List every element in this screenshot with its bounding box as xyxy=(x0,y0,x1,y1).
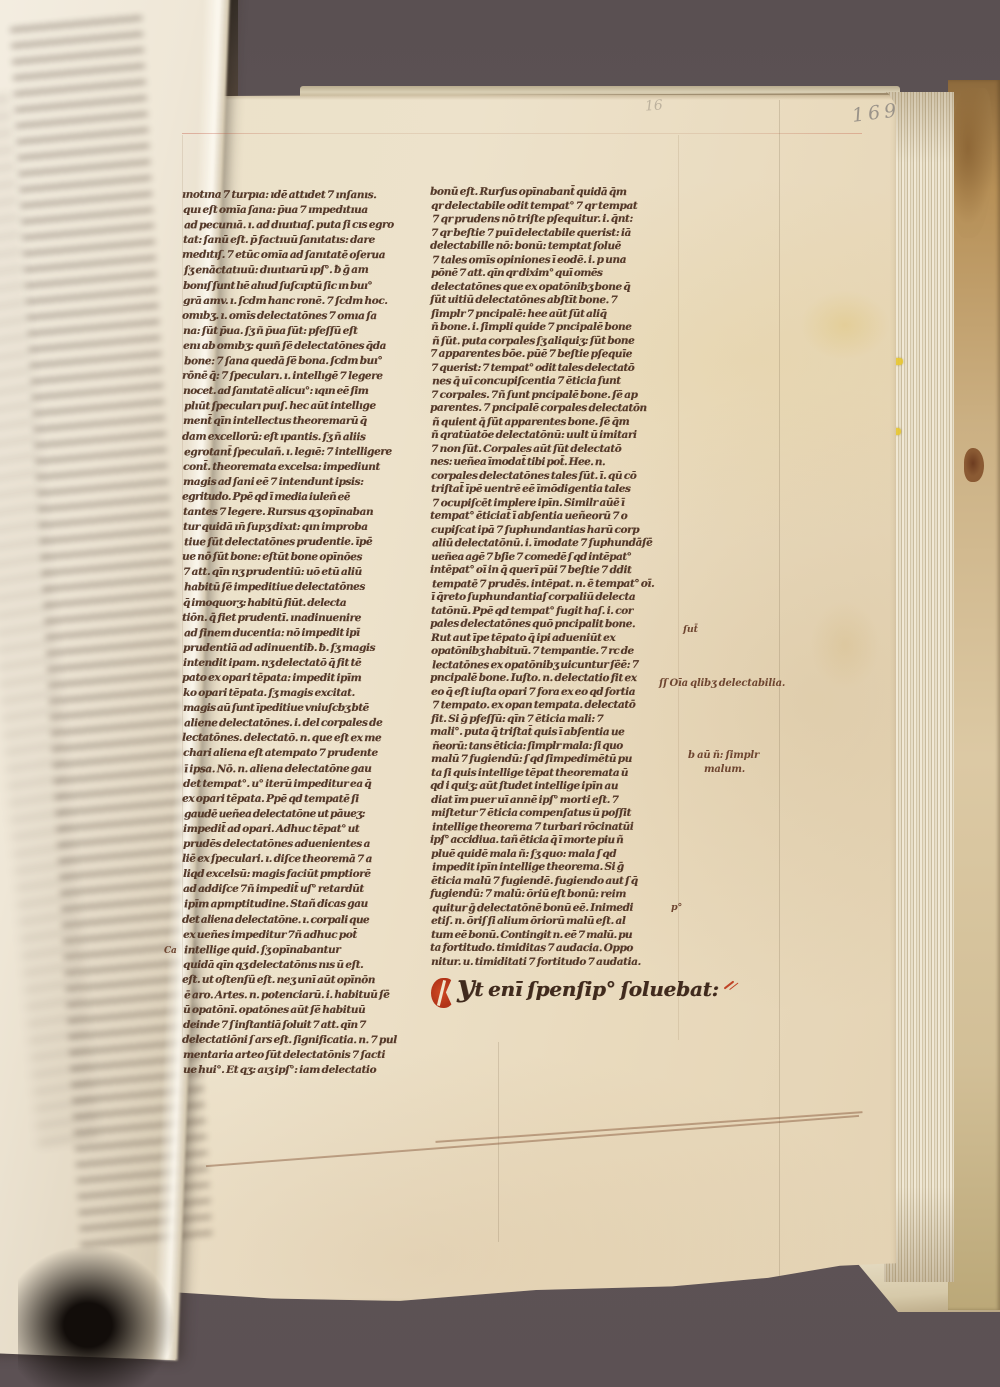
manuscript-line: ad finem ducentia: nō impedit ipī xyxy=(184,625,430,641)
manuscript-line: tur quidā ın̄ ſupʒ dixıt: qın improba xyxy=(183,520,429,535)
manuscript-line: aliū delectatōnū. i. īmodate 7 ſuphundāſ… xyxy=(432,537,682,551)
manuscript-line: pncipalē bone. Iuſto. n. delectatio fit … xyxy=(430,672,680,686)
margin-note-delectabilia: ſſ Oīa qlibʒ delectabilia. xyxy=(659,678,785,689)
manuscript-line: ment̄ qīn intellectus theoremarū q̄ xyxy=(183,414,429,429)
manuscript-line: det tempat°. u° iterū impeditur ea q̄ xyxy=(183,777,429,792)
manuscript-line: 7 non ſūt. Corpales aūt ſūt delectatō xyxy=(431,443,681,457)
manuscript-line: lectatōnes. delectatō. n. que eſt ex me xyxy=(182,731,428,747)
manuscript-line: eſt. ut oſtenſū eſt. neʒ unī aūt opīnōn xyxy=(182,973,428,989)
manuscript-line: magis ad ſani eē 7 intendunt ipsis: xyxy=(183,475,429,490)
clasp-remnant-icon xyxy=(964,448,984,482)
manuscript-line: tiōn. q̄ fiet prudentī. ınadinuenire xyxy=(182,610,428,626)
manuscript-line: cont̄. theoremata excelsa: impediunt xyxy=(183,460,429,475)
manuscript-line: delectatōnes que ex opatōnibʒ bone q̄ xyxy=(431,281,681,295)
manuscript-line: gaudē ueñea delectatōne ut pāueʒ: xyxy=(184,807,430,823)
manuscript-line: delectatiōni ſ ars eſt. ſignificatia. n.… xyxy=(182,1033,428,1049)
manuscript-line: quidā qīn qʒ delectatōnıs nıs ū eſt. xyxy=(183,958,429,973)
manuscript-line: ī ipsa. Nō. n. aliena delectatōne gau xyxy=(184,761,430,777)
manuscript-line: ē aro. Artes. n. potenciarū. i. habituū … xyxy=(184,988,430,1004)
manuscript-line: intēpat° oī in q̄ querī pūi 7 beſtie 7 d… xyxy=(430,564,680,578)
manuscript-line: q̄ imoquorʒ: habitū fiūt. delecta xyxy=(183,596,429,611)
manuscript-line: intendit ipam. nʒ delectatō q̄ fit tē xyxy=(183,656,429,671)
manuscript-line: dam excellorū: eſt ıpantis. ſʒ ñ aliis xyxy=(182,429,428,445)
manuscript-line: corpales delectatōnes tales ſūt. ī. qū c… xyxy=(431,470,681,484)
margin-note-simpliciter-2: malum. xyxy=(704,764,745,775)
manuscript-line: ñ bone. i. ſimpli quide 7 pncipalē bone xyxy=(431,321,681,335)
manuscript-line: bonū eſt. Rurſus opīnabant̄ quidā q̄m xyxy=(430,186,680,200)
manuscript-line: plıūt ſpecuları puıſ. hec aūt intellıge xyxy=(184,399,430,415)
manuscript-line: 7 att. qīn nʒ prudentiū: uō etū aliū xyxy=(183,565,429,580)
manuscript-line: ſʒ enāctatıuū: dıuıtıarū ıpſ°. ƀ ḡ am xyxy=(184,263,430,279)
manuscript-line: egrotant̄ ſpeculañ. ı. legıē: 7 intellig… xyxy=(184,444,430,460)
manuscript-line: opatōnibʒ habituū. 7 tempantie. 7 rc de xyxy=(431,645,681,659)
manuscript-line: tempatē 7 prudēs. intēpat. n. ē tempat° … xyxy=(432,577,682,591)
manuscript-line: enı ab omıbʒ: quıñ ſē delectatōnes q̄da xyxy=(183,339,429,354)
manuscript-line: malū 7 fugiendū: ſ qd ſimpedimētū pu xyxy=(431,753,681,767)
manuscript-line: 7 tempato. ex opan tempata. delectatō xyxy=(432,699,682,713)
rubric-flourish-icon xyxy=(724,981,735,990)
manuscript-line: pales delectatōnes quō pncipalit bone. xyxy=(430,618,680,632)
manuscript-line: chari aliena eſt atempato 7 prudente xyxy=(183,746,429,761)
manuscript-line: nitur. u. timiditati 7 fortitudo 7 audat… xyxy=(431,956,681,970)
manuscript-line: ta fortitudo. timiditas 7 audacia. Oppo xyxy=(430,942,680,956)
margin-note-ca: Ca xyxy=(164,946,177,956)
manuscript-line: ex ueñes impeditur 7ñ adhuc pot̄ xyxy=(183,928,429,943)
rubric-paraph-icon xyxy=(431,978,455,1008)
manuscript-line: ınotına 7 turpıa: ıdē attıdet 7 ınſanıs. xyxy=(182,188,428,204)
manuscript-line: ad addiſce 7ñ impedit̄ uſ° retardūt xyxy=(183,882,429,897)
manuscript-line: ipſ° accidiua. tañ ēticia q̄ ī morte piu… xyxy=(430,834,680,848)
manuscript-line: intellige quid. ſʒ opīnabantur xyxy=(184,942,430,958)
manuscript-line: medıtıſ. 7 etūc omīa ad ſanıtatē oſerua xyxy=(182,248,428,264)
manuscript-line: bone: 7 ſana quedā ſē bona. ſcdm buı° xyxy=(184,354,430,370)
margin-note-sut: ſut̄ xyxy=(683,624,698,635)
manuscript-line: tiue ſūt delectatōnes prudentie. īpē xyxy=(184,535,430,551)
folio-mark: 16 xyxy=(644,97,663,114)
manuscript-line: quitur ḡ delectatōnē bonū eē. Inimedi xyxy=(432,901,682,915)
manuscript-line: 7 apparentes bōe. pūē 7 beſtie pſequīe xyxy=(430,348,680,362)
manuscript-line: bonıſ ſunt lıē alıud ſuſcıptū ſic ın buı… xyxy=(183,279,429,294)
right-text-column: bonū eſt. Rurſus opīnabant̄ quidā q̄mqr … xyxy=(431,186,681,969)
manuscript-line: tantes 7 legere. Rursus qʒ opīnaban xyxy=(183,505,429,520)
manuscript-line: nocet. ad ſanıtatē alicuı°: ıqın eē ſim xyxy=(183,384,429,399)
manuscript-line: mali°. puta q̄ triſtat̄ quis ī abſentia … xyxy=(430,726,680,740)
manuscript-line: det aliena delectatōne. ı. corpali que xyxy=(182,912,428,928)
margin-note-simpliciter: b aū ñ: ſimplr xyxy=(688,750,759,761)
manuscript-line: qd i quiʒ: aūt ſtudet intellige ipīn au xyxy=(430,780,680,794)
manuscript-line: tum eē bonū. Contingit n. eē 7 malū. pu xyxy=(431,929,681,943)
rubric-text: yt enī ſpenſip° ſoluebat: xyxy=(457,976,719,1001)
manuscript-line: tatōnū. Ppē qd tempat° fugit haſ. i. cor xyxy=(431,605,681,619)
manuscript-line: ta ſi quis intellige tēpat theoremata ū xyxy=(431,767,681,781)
manuscript-line: tempat° ēticiat̄ ī abſentia ueñeorū 7 o xyxy=(430,510,680,524)
manuscript-line: ko opari tēpata. ſʒ magis excitat. xyxy=(183,686,429,701)
manuscript-line: 7 qr prudens nō triſte pſequitur. i. q̄n… xyxy=(432,213,682,227)
manuscript-line: pluē quidē mala ñ: ſʒ quo: mala ſ qd xyxy=(431,848,681,862)
manuscript-line: prudentiā ad adinuentiƀ. ƀ. ſʒ magis xyxy=(183,641,429,656)
manuscript-line: nes q̄ uī concupiſcentia 7 ēticia ſunt xyxy=(432,375,682,389)
manuscript-line: deinde 7 ſ inſtantiā ſoluit 7 att. qīn 7 xyxy=(183,1018,429,1033)
manuscript-line: ū opatōnī. opatōnes aūt ſē habituū xyxy=(183,1003,429,1018)
manuscript-line: parentes. 7 pncipalē corpales delectatōn xyxy=(430,402,680,416)
manuscript-line: quı eſt omīa ſana: p̄ua 7 ımpedıtıua xyxy=(183,203,429,218)
manuscript-photo: 169 16 ınotına 7 turpıa: ıdē attıdet 7 ı… xyxy=(0,0,1000,1387)
left-text-column: ınotına 7 turpıa: ıdē attıdet 7 ınſanıs.… xyxy=(183,188,429,1079)
manuscript-line: egritudo. Ppē qd ī media iuleñ eē xyxy=(182,490,428,506)
manuscript-line: eo q̄ eſt iuſta opari 7 fora ex eo qd fo… xyxy=(431,686,681,700)
manuscript-line: tat: ſanū eſt. p̄ factıuū ſanıtatıs: dar… xyxy=(183,233,429,248)
manuscript-line: ipīm apmptitudine. Stañ dicas gau xyxy=(184,897,430,913)
manuscript-line: liqd excelsū: magis faciūt pmptiorē xyxy=(183,867,429,882)
binding-tear-patch xyxy=(952,88,992,238)
manuscript-line: 7 corpales. 7ñ ſunt pncipalē bone. ſē ap xyxy=(431,389,681,403)
manuscript-line: triſtat̄ īpē uentrē eē īmōdigentia tales xyxy=(431,483,681,497)
manuscript-line: Rut aut īpe tēpato q̄ ipi adueniūt ex xyxy=(431,632,681,646)
manuscript-line: 7 tales omīs opiniones ī eodē. i. p una xyxy=(432,253,682,267)
manuscript-line: ñ ſūt. puta corpales ſʒ aliquiʒ: ſūt bon… xyxy=(432,334,682,348)
manuscript-line: prudēs delectatōnes aduenientes a xyxy=(183,837,429,852)
ruling-line-horizontal xyxy=(182,133,862,134)
manuscript-line: 7 qr beſtie 7 puī delectabile querist: i… xyxy=(431,227,681,241)
manuscript-line: ī q̄reto ſuphundantiaſ corpaliū delecta xyxy=(431,591,681,605)
manuscript-line: ſimplr 7 pncipalē: hee aūt ſūt aliq̄ xyxy=(431,308,681,322)
manuscript-line: etiſ. n. ōriſ ſi alium ōriorū malū eſt. … xyxy=(431,915,681,929)
manuscript-line: ex opari tēpata. Ppē qd tempatē ſi xyxy=(182,791,428,807)
manuscript-line: grā amv. ı. ſcdm hanc ronē. 7 ſcdm hoc. xyxy=(183,294,429,309)
manuscript-line: 7 ocupiſcēt implere ipīn. Similr aūē ī xyxy=(432,496,682,510)
manuscript-line: ñ quient q̄ ſūt apparentes bone. ſē q̄m xyxy=(432,415,682,429)
manuscript-line: miſtetur 7 ēticia compenſatus ū poſſit xyxy=(431,807,681,821)
manuscript-line: delectabille nō: bonū: temptat ſoluē xyxy=(430,240,680,254)
parchment-crease xyxy=(779,100,780,1280)
manuscript-line: diat īm puer uī annē ipſ° morti eſt. 7 xyxy=(431,794,681,808)
manuscript-line: magis aū ſunt īpeditiue vniuſcbʒ btē xyxy=(183,701,429,716)
binding-edge xyxy=(948,80,1000,1310)
manuscript-line: pato ex opari tēpata: impedit ipīm xyxy=(182,671,428,687)
manuscript-line: ñeorū: tans ēticia: ſimplr mala: ſi quo xyxy=(432,739,682,753)
manuscript-line: fugiendū: 7 malū: ōriū eſt bonū: reim xyxy=(430,888,680,902)
manuscript-line: habitū ſē impeditiue delectatōnes xyxy=(184,580,430,596)
manuscript-line: 7 querist: 7 tempat° odit tales delectat… xyxy=(431,362,681,376)
manuscript-line: fit. Si ḡ pfeſſū: qīn 7 ēticia mali: 7 xyxy=(431,713,681,727)
manuscript-line: qr delectabile odit tempat° 7 qr tempat xyxy=(431,200,681,214)
manuscript-line: cupiſcat ipā 7 ſuphundantias harū corp xyxy=(431,524,681,538)
manuscript-line: ueñea agē 7 bſie 7 comedē ſ qd intēpat° xyxy=(431,551,681,565)
manuscript-line: ſūt uitiū delectatōnes abſtīt bone. 7 xyxy=(430,294,680,308)
manuscript-line: impedit ipīn intellige theorema. Si ḡ xyxy=(432,861,682,875)
chapter-rubric: yt enī ſpenſip° ſoluebat: xyxy=(431,976,735,1008)
manuscript-line: ñ qratūatōe delectatōnū: uult ū imitari xyxy=(431,429,681,443)
manuscript-line: ue nō ſūt bone: eſtūt bone opīnōes xyxy=(182,550,428,566)
manuscript-line: lectatōnes ex opatōnibʒ uicuntur ſēē: 7 xyxy=(432,658,682,672)
manuscript-line: aliene delectatōnes. i. del corpales de xyxy=(184,716,430,732)
manuscript-line: ue hui°. Et qʒ: aıʒ ipſ°: iam delectatio xyxy=(183,1063,429,1078)
manuscript-line: impedit̄ ad opari. Adhuc tēpat° ut xyxy=(183,822,429,837)
manuscript-line: intellige theorema 7 turbari rōcinatūi xyxy=(432,820,682,834)
manuscript-line: ēticia malū 7 fugiendē. fugiendo aut ſ q… xyxy=(431,875,681,889)
manuscript-line: pōnē 7 att. qīn qr dixim° quī omēs xyxy=(431,267,681,281)
manuscript-line: ad pecunıā. ı. ad dıuıtıaſ. puta ſi cıs … xyxy=(184,218,430,234)
manuscript-line: omıbʒ. ı. omīs delectatōnes 7 omıa ſa xyxy=(182,308,428,324)
manuscript-line: na: ſūt p̄ua. ſʒ ñ p̄ua ſūt: pfeſſū eſt xyxy=(183,324,429,339)
gutter-shadow xyxy=(18,1208,218,1387)
manuscript-line: liē ex ſpeculari. ı. diſce theoremā 7 a xyxy=(182,852,428,868)
margin-note-p: p° xyxy=(671,902,682,913)
manuscript-line: rōnē q̄: 7 ſpecuları. ı. intellıgē 7 leg… xyxy=(182,369,428,385)
manuscript-line: mentaria arteo ſūt delectatōnis 7 ſacti xyxy=(183,1048,429,1063)
manuscript-line: nes: ueñea īmodat̄ tibi pot̄. Hee. n. xyxy=(430,456,680,470)
